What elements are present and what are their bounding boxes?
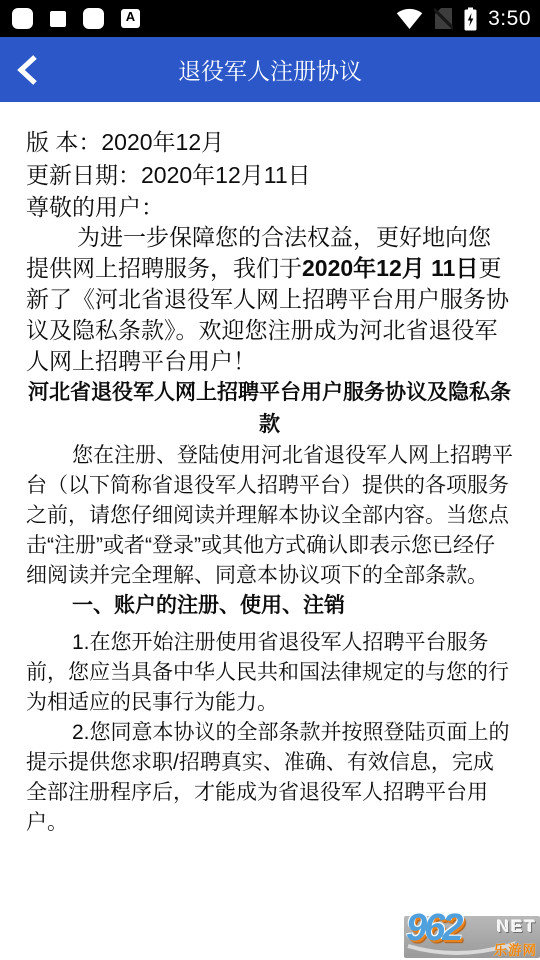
status-bar-notifications: A ...	[12, 8, 140, 29]
header: 退役军人注册协议	[0, 37, 540, 102]
app-screen: A ... 3:50 退役军人注册协议	[0, 0, 540, 960]
watermark-number: 962	[406, 907, 460, 950]
watermark-right: NET 乐游网	[494, 917, 538, 959]
clock: 3:50	[488, 7, 531, 31]
page-title: 退役军人注册协议	[178, 53, 362, 86]
intro-bold-date: 2020年12月 11日	[302, 255, 478, 281]
watermark-net-label: NET	[494, 917, 538, 937]
version-line: 版 本：2020年12月	[26, 126, 513, 159]
agreement-title: 河北省退役军人网上招聘平台用户服务协议及隐私条款	[26, 377, 513, 441]
agreement-content[interactable]: 版 本：2020年12月 更新日期：2020年12月11日 尊敬的用户： 为进一…	[0, 102, 540, 960]
notification-icon	[83, 8, 104, 29]
ime-dots: ...	[133, 24, 139, 34]
section-1-item-2: 2.您同意本协议的全部条款并按照登陆页面上的提示提供您求职/招聘真实、准确、有效…	[26, 718, 513, 838]
back-button[interactable]	[10, 48, 46, 92]
watermark-site-name: 乐游网	[494, 939, 538, 959]
section-1-title: 一、账户的注册、使用、注销	[26, 591, 513, 621]
notification-icon	[50, 11, 66, 27]
watermark-962net: 962 NET 乐游网	[404, 916, 540, 958]
salutation: 尊敬的用户：	[26, 192, 513, 222]
notification-icon	[12, 8, 33, 29]
update-date-line: 更新日期：2020年12月11日	[26, 159, 513, 192]
intro-paragraph: 为进一步保障您的合法权益，更好地向您提供网上招聘服务，我们于2020年12月 1…	[26, 222, 513, 377]
status-bar: A ... 3:50	[0, 0, 540, 37]
section-1-item-1: 1.在您开始注册使用省退役军人招聘平台服务前，您应当具备中华人民共和国法律规定的…	[26, 628, 513, 718]
wifi-icon	[396, 8, 423, 29]
status-bar-system: 3:50	[396, 7, 531, 31]
chevron-left-icon	[16, 53, 40, 87]
preamble-paragraph: 您在注册、登陆使用河北省退役军人网上招聘平台（以下简称省退役军人招聘平台）提供的…	[26, 441, 513, 591]
battery-charging-icon	[464, 7, 477, 31]
input-method-icon: A ...	[121, 9, 140, 28]
no-sim-icon	[434, 7, 453, 30]
